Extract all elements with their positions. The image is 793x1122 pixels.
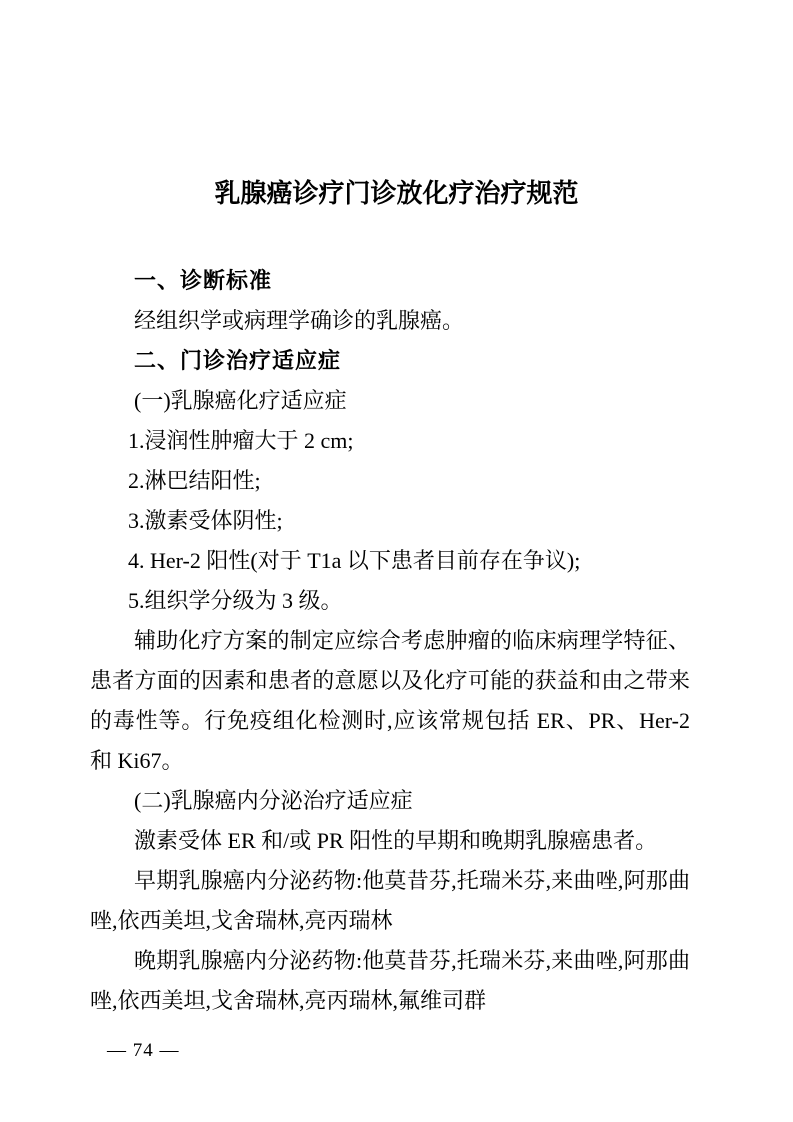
chemo-indication-item-2: 2.淋巴结阳性;	[90, 461, 690, 501]
subheading-chemotherapy-indications: (一)乳腺癌化疗适应症	[90, 381, 690, 421]
para-endocrine-patient-criteria: 激素受体 ER 和/或 PR 阳性的早期和晚期乳腺癌患者。	[90, 821, 690, 861]
section-heading-outpatient-indications: 二、门诊治疗适应症	[90, 341, 690, 381]
para-late-stage-endocrine-drugs: 晚期乳腺癌内分泌药物:他莫昔芬,托瑞米芬,来曲唑,阿那曲唑,依西美坦,戈舍瑞林,…	[90, 941, 690, 1021]
subheading-endocrine-indications: (二)乳腺癌内分泌治疗适应症	[90, 781, 690, 821]
chemo-indication-item-1: 1.浸润性肿瘤大于 2 cm;	[90, 421, 690, 461]
page-number: — 74 —	[107, 1040, 180, 1062]
para-early-stage-endocrine-drugs: 早期乳腺癌内分泌药物:他莫昔芬,托瑞米芬,来曲唑,阿那曲唑,依西美坦,戈舍瑞林,…	[90, 861, 690, 941]
document-page: 乳腺癌诊疗门诊放化疗治疗规范 一、诊断标准 经组织学或病理学确诊的乳腺癌。 二、…	[0, 0, 793, 1122]
chemo-indication-item-5: 5.组织学分级为 3 级。	[90, 581, 690, 621]
para-adjuvant-chemo-considerations: 辅助化疗方案的制定应综合考虑肿瘤的临床病理学特征、患者方面的因素和患者的意愿以及…	[90, 621, 690, 781]
chemo-indication-item-4: 4. Her-2 阳性(对于 T1a 以下患者目前存在争议);	[90, 541, 690, 581]
chemo-indication-item-3: 3.激素受体阴性;	[90, 501, 690, 541]
para-diagnosis-confirmation: 经组织学或病理学确诊的乳腺癌。	[90, 301, 690, 341]
document-body: 一、诊断标准 经组织学或病理学确诊的乳腺癌。 二、门诊治疗适应症 (一)乳腺癌化…	[90, 261, 690, 1021]
section-heading-diagnosis-standard: 一、诊断标准	[90, 261, 690, 301]
document-title: 乳腺癌诊疗门诊放化疗治疗规范	[0, 177, 793, 211]
